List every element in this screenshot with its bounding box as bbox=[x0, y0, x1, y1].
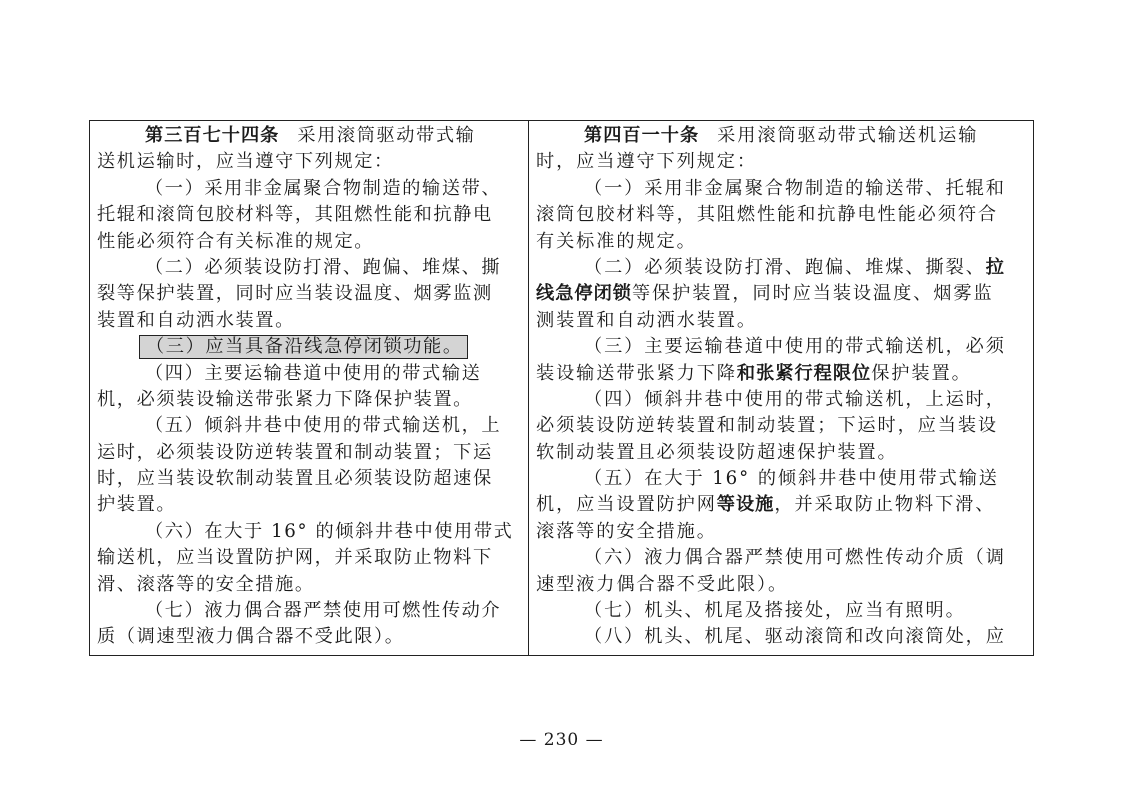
clause-8: （八）机头、机尾、驱动滚筒和改向滚筒处，应 bbox=[536, 624, 1027, 650]
added-text: 拉 bbox=[986, 257, 1005, 278]
added-text: 和张紧行程限位 bbox=[737, 363, 871, 384]
clause-4: （四）倾斜井巷中使用的带式输送机，上运时， bbox=[536, 387, 1027, 413]
clause-2: （二）必须装设防打滑、跑偏、堆煤、撕 bbox=[97, 255, 520, 281]
clause-6: （六）在大于 16° 的倾斜井巷中使用带式 bbox=[97, 519, 520, 545]
comparison-table: 第三百七十四条采用滚筒驱动带式输 送机运输时，应当遵守下列规定： （一）采用非金… bbox=[89, 120, 1034, 656]
article-title: 第三百七十四条 bbox=[145, 125, 279, 146]
old-article-column: 第三百七十四条采用滚筒驱动带式输 送机运输时，应当遵守下列规定： （一）采用非金… bbox=[90, 121, 529, 655]
clause-1: （一）采用非金属聚合物制造的输送带、 bbox=[97, 176, 520, 202]
added-text: 线急停闭锁 bbox=[536, 283, 632, 304]
article-heading-line: 第四百一十条采用滚筒驱动带式输送机运输 bbox=[536, 123, 1027, 149]
clause-5: （五）在大于 16° 的倾斜井巷中使用带式输送 bbox=[536, 466, 1027, 492]
text-line: 时，应当装设软制动装置且必须装设防超速保 bbox=[97, 466, 520, 492]
text-line: 速型液力偶合器不受此限）。 bbox=[536, 572, 1027, 598]
text-line: 裂等保护装置，同时应当装设温度、烟雾监测 bbox=[97, 281, 520, 307]
new-article-column: 第四百一十条采用滚筒驱动带式输送机运输 时，应当遵守下列规定： （一）采用非金属… bbox=[529, 121, 1033, 655]
text-line: 托辊和滚筒包胶材料等，其阻燃性能和抗静电 bbox=[97, 202, 520, 228]
text-line: 运时，必须装设防逆转装置和制动装置；下运 bbox=[97, 440, 520, 466]
text-line: 护装置。 bbox=[97, 492, 520, 518]
clause-4: （四）主要运输巷道中使用的带式输送 bbox=[97, 361, 520, 387]
text-line: 机，应当设置防护网等设施，并采取防止物料下滑、 bbox=[536, 492, 1027, 518]
text-line: 滚筒包胶材料等，其阻燃性能和抗静电性能必须符合 bbox=[536, 202, 1027, 228]
clause-6: （六）液力偶合器严禁使用可燃性传动介质（调 bbox=[536, 545, 1027, 571]
text-line: 软制动装置且必须装设防超速保护装置。 bbox=[536, 440, 1027, 466]
text-line: 质（调速型液力偶合器不受此限）。 bbox=[97, 624, 520, 650]
clause-5: （五）倾斜井巷中使用的带式输送机，上 bbox=[97, 413, 520, 439]
text-line: 必须装设防逆转装置和制动装置；下运时，应当装设 bbox=[536, 413, 1027, 439]
deleted-clause-line: （三）应当具备沿线急停闭锁功能。 bbox=[97, 334, 520, 360]
text-line: 测装置和自动洒水装置。 bbox=[536, 308, 1027, 334]
text-line: 滚落等的安全措施。 bbox=[536, 519, 1027, 545]
text-line: 输送机，应当设置防护网，并采取防止物料下 bbox=[97, 545, 520, 571]
deleted-clause-highlight: （三）应当具备沿线急停闭锁功能。 bbox=[139, 335, 468, 359]
text-line: 机，必须装设输送带张紧力下降保护装置。 bbox=[97, 387, 520, 413]
text-line: 装置和自动洒水装置。 bbox=[97, 308, 520, 334]
text-line: 有关标准的规定。 bbox=[536, 229, 1027, 255]
text-line: 滑、滚落等的安全措施。 bbox=[97, 572, 520, 598]
page-number: — 230 — bbox=[0, 730, 1123, 750]
clause-7: （七）液力偶合器严禁使用可燃性传动介 bbox=[97, 598, 520, 624]
text-line: 线急停闭锁等保护装置，同时应当装设温度、烟雾监 bbox=[536, 281, 1027, 307]
clause-7: （七）机头、机尾及搭接处，应当有照明。 bbox=[536, 598, 1027, 624]
clause-2: （二）必须装设防打滑、跑偏、堆煤、撕裂、拉 bbox=[536, 255, 1027, 281]
added-text: 等设施 bbox=[717, 494, 775, 515]
clause-3: （三）主要运输巷道中使用的带式输送机，必须 bbox=[536, 334, 1027, 360]
text-line: 装设输送带张紧力下降和张紧行程限位保护装置。 bbox=[536, 361, 1027, 387]
clause-1: （一）采用非金属聚合物制造的输送带、托辊和 bbox=[536, 176, 1027, 202]
text-line: 性能必须符合有关标准的规定。 bbox=[97, 229, 520, 255]
article-title: 第四百一十条 bbox=[584, 125, 699, 146]
text-line: 送机运输时，应当遵守下列规定： bbox=[97, 149, 520, 175]
text-line: 时，应当遵守下列规定： bbox=[536, 149, 1027, 175]
article-heading-line: 第三百七十四条采用滚筒驱动带式输 bbox=[97, 123, 520, 149]
